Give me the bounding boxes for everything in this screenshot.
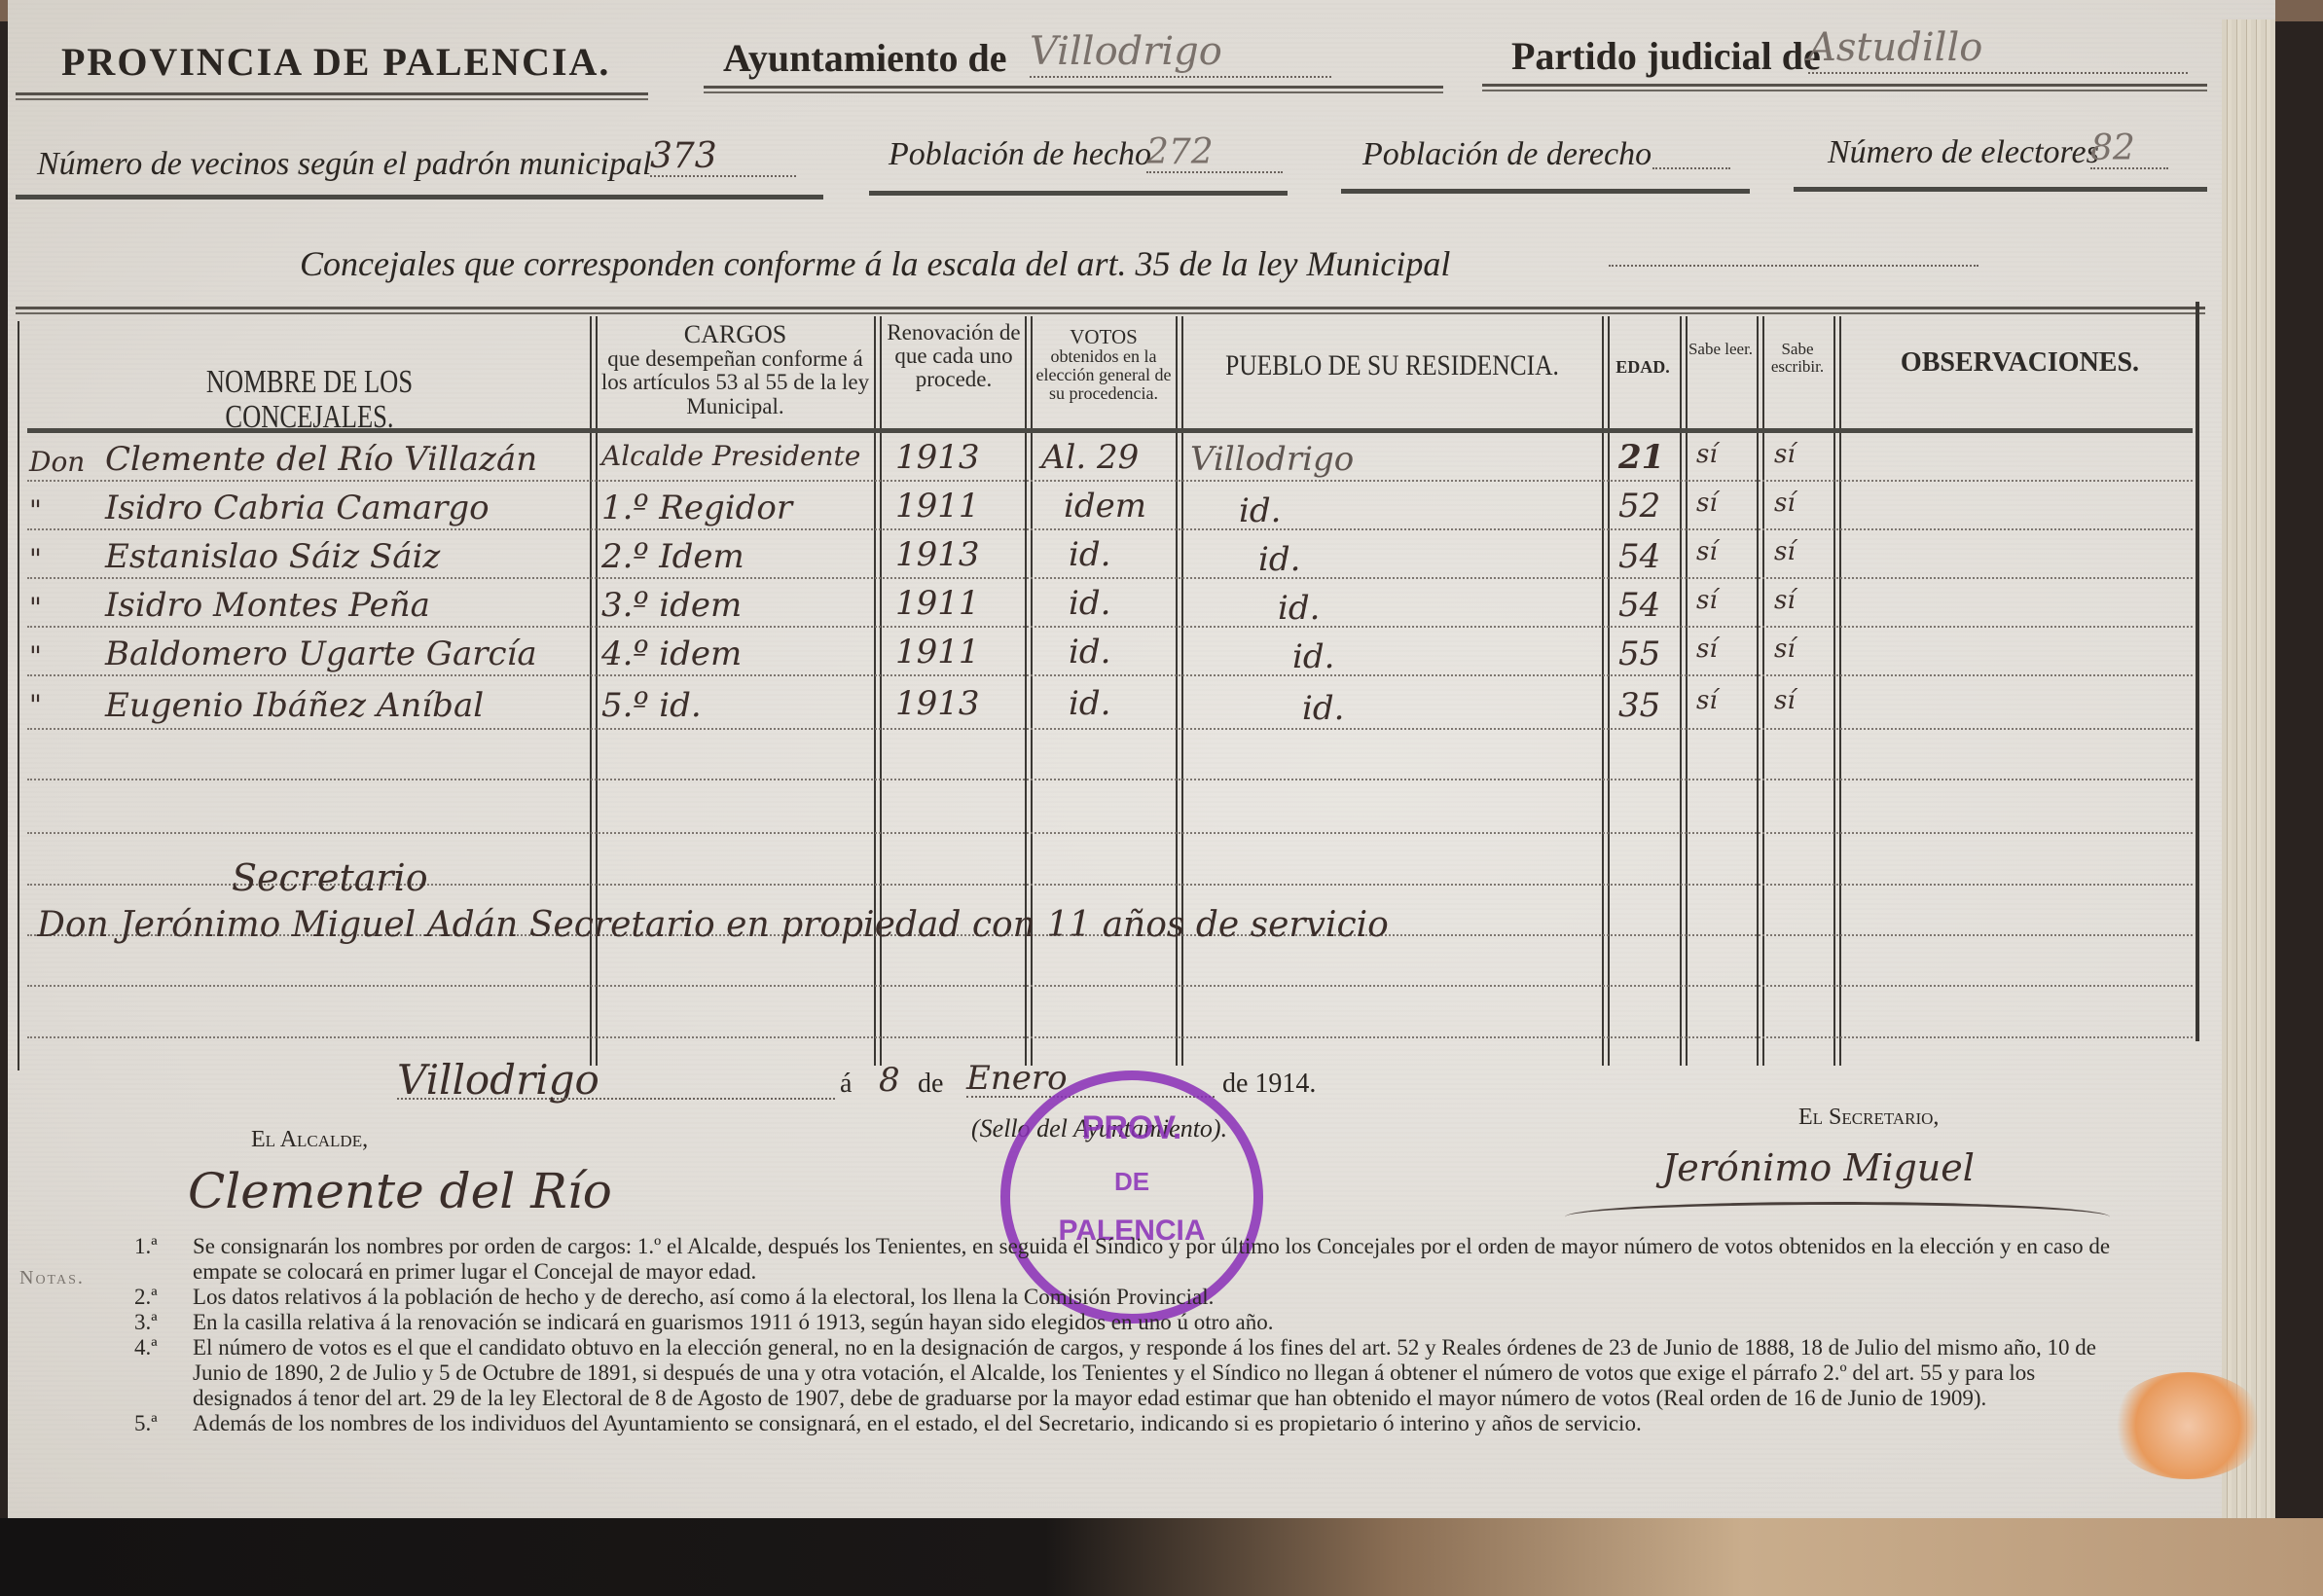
electores-label: Número de electores (1828, 134, 2099, 171)
hecho-label: Población de hecho (889, 136, 1151, 173)
row-line (27, 626, 2193, 628)
col-header-leer: Sabe leer. (1686, 341, 1756, 358)
note-text: Además de los nombres de los individuos … (193, 1411, 1642, 1436)
col-header-pueblo: PUEBLO DE SU RESIDENCIA. (1216, 350, 1568, 381)
row-line (27, 832, 2193, 834)
col-header-nombre: NOMBRE DE LOS CONCEJALES. (142, 365, 476, 434)
header-bottom-rule (27, 428, 2193, 433)
row-line (27, 1036, 2193, 1038)
note-item: 1.ª Se consignarán los nombres por orden… (134, 1234, 2139, 1285)
cell-renovacion: 1913 (895, 438, 980, 477)
col-header-observaciones: OBSERVACIONES. (1847, 348, 2193, 377)
cell-pueblo: id. (1239, 491, 1281, 530)
secretario-label: El Secretario, (1798, 1105, 1939, 1131)
ayuntamiento-value: Villodrigo (1030, 29, 1331, 78)
notes-label: Notas. (19, 1267, 85, 1289)
cell-leer: sí (1696, 440, 1718, 469)
table-top-rule (16, 307, 2205, 314)
cell-votos: idem (1064, 487, 1146, 526)
cell-edad: 35 (1618, 686, 1660, 725)
electores-value: 82 (2090, 128, 2168, 169)
partido-value: Astudillo (1808, 25, 2188, 74)
cell-prefix: " (29, 640, 42, 672)
cell-pueblo: id. (1258, 540, 1300, 579)
note-item: 3.ª En la casilla relativa á la renovaci… (134, 1310, 2139, 1335)
cell-escribir: sí (1774, 489, 1796, 518)
footer-place-dots (397, 1098, 835, 1100)
cell-pueblo: Villodrigo (1190, 440, 1354, 479)
footer-a: á (840, 1069, 852, 1100)
hecho-value: 272 (1146, 132, 1283, 173)
cell-edad: 21 (1618, 438, 1664, 477)
cell-leer: sí (1696, 635, 1718, 664)
cell-edad: 55 (1618, 635, 1660, 673)
note-item: 4.ª El número de votos es el que el cand… (134, 1335, 2139, 1411)
cell-nombre: Isidro Cabria Camargo (105, 489, 490, 527)
col-header-cargos-sub: que desempeñan conforme á los artículos … (597, 347, 874, 417)
col-header-edad: EDAD. (1608, 358, 1678, 377)
cell-votos: id. (1069, 584, 1110, 623)
note-num: 4.ª (134, 1335, 193, 1411)
cell-escribir: sí (1774, 440, 1796, 469)
alcalde-label: El Alcalde, (251, 1127, 368, 1153)
population-rule (869, 191, 1288, 196)
cell-escribir: sí (1774, 537, 1796, 566)
note-text: Se consignarán los nombres por orden de … (193, 1234, 2139, 1285)
cell-prefix: " (29, 543, 42, 575)
header-rule (1482, 84, 2207, 91)
cell-pueblo: id. (1278, 589, 1320, 628)
table-right-border (2196, 302, 2199, 1041)
cell-edad: 54 (1618, 586, 1660, 625)
cell-nombre: Baldomero Ugarte García (105, 635, 537, 673)
population-rule (1794, 187, 2207, 192)
cell-leer: sí (1696, 537, 1718, 566)
cell-cargo: 4.º idem (601, 635, 742, 673)
note-num: 1.ª (134, 1234, 193, 1285)
note-num: 5.ª (134, 1411, 193, 1436)
cell-renovacion: 1913 (895, 535, 980, 574)
note-text: En la casilla relativa á la renovación s… (193, 1310, 1274, 1335)
table-left-border (18, 321, 19, 1070)
note-text: El número de votos es el que el candidat… (193, 1335, 2139, 1411)
col-header-votos-title: VOTOS (1035, 326, 1172, 347)
footer-day: 8 (879, 1061, 900, 1100)
cell-cargo: 5.º id. (601, 686, 702, 725)
cell-votos: Al. 29 (1041, 438, 1139, 477)
cell-leer: sí (1696, 686, 1718, 715)
cell-prefix: Don (29, 446, 85, 478)
vecinos-label: Número de vecinos según el padrón munici… (37, 146, 651, 183)
cell-nombre: Estanislao Sáiz Sáiz (105, 537, 440, 576)
province-title: PROVINCIA DE PALENCIA. (61, 39, 610, 85)
col-header-escribir: Sabe escribir. (1762, 341, 1833, 376)
footer-year: de 1914. (1222, 1069, 1316, 1100)
concejales-dots (1609, 265, 1978, 267)
cell-renovacion: 1913 (895, 684, 980, 723)
cell-renovacion: 1911 (895, 584, 980, 623)
cell-escribir: sí (1774, 635, 1796, 664)
cell-escribir: sí (1774, 686, 1796, 715)
row-line (27, 779, 2193, 780)
cell-nombre: Clemente del Río Villazán (105, 440, 537, 479)
signature-flourish (1565, 1202, 2110, 1232)
footer-de: de (918, 1069, 943, 1100)
note-item: 5.ª Además de los nombres de los individ… (134, 1411, 2139, 1436)
cell-votos: id. (1069, 633, 1110, 671)
cell-edad: 52 (1618, 487, 1660, 526)
secretario-signature: Jerónimo Miguel (1662, 1146, 1975, 1189)
cell-votos: id. (1069, 684, 1110, 723)
stamp-line-1: PROV. (1010, 1109, 1253, 1147)
note-text: Los datos relativos á la población de he… (193, 1285, 1214, 1310)
row-line (27, 480, 2193, 482)
header-rule (16, 92, 648, 100)
row-line (27, 528, 2193, 530)
col-header-renovacion: Renovación de que cada uno procede. (886, 321, 1022, 391)
document-page: PROVINCIA DE PALENCIA. Ayuntamiento de V… (8, 0, 2275, 1557)
water-stain (2110, 1372, 2266, 1479)
col-header-votos: VOTOS obtenidos en la elección general d… (1035, 326, 1172, 403)
cell-nombre: Eugenio Ibáñez Aníbal (105, 686, 484, 725)
cell-votos: id. (1069, 535, 1110, 574)
cell-renovacion: 1911 (895, 633, 980, 671)
row-line (27, 728, 2193, 730)
vecinos-value: 373 (650, 136, 796, 177)
stamp-line-2: DE (1010, 1167, 1253, 1197)
row-line (27, 577, 2193, 579)
cell-cargo: 1.º Regidor (601, 489, 792, 527)
cell-pueblo: id. (1292, 637, 1334, 676)
cell-edad: 54 (1618, 537, 1660, 576)
cell-leer: sí (1696, 489, 1718, 518)
cell-cargo: 3.º idem (601, 586, 742, 625)
col-header-cargos: CARGOS que desempeñan conforme á los art… (597, 321, 874, 418)
cell-prefix: " (29, 689, 42, 721)
cell-prefix: " (29, 494, 42, 526)
cell-nombre: Isidro Montes Peña (105, 586, 430, 625)
population-rule (1341, 189, 1750, 194)
cell-pueblo: id. (1302, 689, 1344, 728)
cell-prefix: " (29, 592, 42, 624)
col-header-cargos-title: CARGOS (597, 321, 874, 347)
note-num: 3.ª (134, 1310, 193, 1335)
note-item: 2.ª Los datos relativos á la población d… (134, 1285, 2139, 1310)
derecho-label: Población de derecho (1362, 136, 1652, 173)
ayuntamiento-label: Ayuntamiento de (723, 35, 1006, 81)
cell-renovacion: 1911 (895, 487, 980, 526)
secretario-heading: Secretario (232, 856, 428, 899)
cell-escribir: sí (1774, 586, 1796, 615)
book-page-edges (2222, 19, 2275, 1577)
row-line (27, 674, 2193, 676)
header-rule (704, 86, 1443, 93)
secretario-line: Don Jerónimo Miguel Adán Secretario en p… (37, 905, 1389, 945)
notes-list: 1.ª Se consignarán los nombres por orden… (134, 1234, 2139, 1436)
note-num: 2.ª (134, 1285, 193, 1310)
cell-leer: sí (1696, 586, 1718, 615)
footer-place: Villodrigo (397, 1056, 599, 1104)
cell-cargo: 2.º Idem (601, 537, 744, 576)
cell-cargo: Alcalde Presidente (601, 440, 860, 472)
population-rule (16, 195, 823, 199)
concejales-line: Concejales que corresponden conforme á l… (300, 243, 1450, 284)
derecho-value (1652, 132, 1730, 169)
row-line (27, 985, 2193, 987)
alcalde-signature: Clemente del Río (188, 1163, 612, 1219)
book-bottom-edge (0, 1518, 2323, 1596)
partido-label: Partido judicial de (1511, 33, 1821, 79)
col-header-votos-sub: obtenidos en la elección general de su p… (1035, 347, 1172, 403)
